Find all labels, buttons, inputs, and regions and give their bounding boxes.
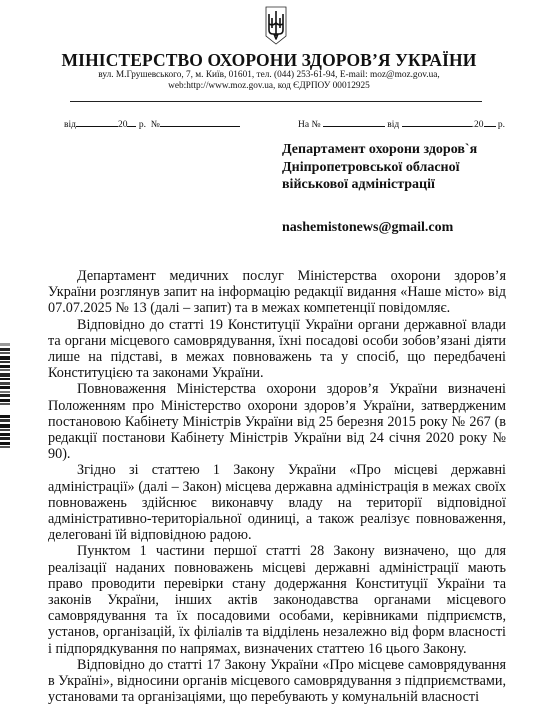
body-paragraph: Згідно зі статтею 1 Закону України «Про …	[48, 462, 506, 543]
trident-coat-of-arms-icon	[265, 6, 287, 46]
body-paragraph: Департамент медичних послуг Міністерства…	[48, 268, 506, 317]
reply-year-blank	[484, 117, 496, 127]
letter-body: Департамент медичних послуг Міністерства…	[48, 268, 506, 705]
header-divider	[70, 101, 482, 102]
ministry-web-code: web:http://www.moz.gov.ua, код ЄДРПОУ 00…	[0, 81, 538, 92]
incoming-reference: На № від .20 р.	[298, 117, 505, 130]
from-label: від	[387, 120, 399, 130]
recipient-line: військової адміністрації	[282, 176, 522, 194]
ministry-address: вул. М.Грушевського, 7, м. Київ, 01601, …	[0, 70, 538, 81]
number-blank	[160, 117, 240, 127]
year-prefix: .20	[472, 120, 484, 130]
barcode-icon	[0, 343, 10, 458]
body-paragraph: Повноваження Міністерства охорони здоров…	[48, 381, 506, 462]
number-label: №	[151, 120, 160, 130]
recipient-line: Департамент охорони здоров`я	[282, 141, 522, 159]
year-suffix: р.	[136, 120, 146, 130]
reply-number-blank	[323, 117, 385, 127]
date-blank	[76, 117, 118, 127]
recipient-line: Дніпропетровської обласної	[282, 159, 522, 177]
recipient-email: nashemistonews@gmail.com	[282, 220, 453, 236]
outgoing-reference: від20 р. №	[64, 117, 240, 130]
body-paragraph: Відповідно до статті 17 Закону України «…	[48, 657, 506, 706]
from-label: від	[64, 120, 76, 130]
year-suffix: р.	[496, 120, 506, 130]
body-paragraph: Відповідно до статті 19 Конституції Укра…	[48, 317, 506, 382]
recipient-block: Департамент охорони здоров`я Дніпропетро…	[282, 141, 522, 194]
reply-date-blank	[402, 117, 472, 127]
body-paragraph: Пунктом 1 частини першої статті 28 Закон…	[48, 543, 506, 656]
reply-label: На №	[298, 120, 321, 130]
ministry-title: МІНІСТЕРСТВО ОХОРОНИ ЗДОРОВ’Я УКРАЇНИ	[0, 50, 538, 71]
year-prefix: 20	[118, 120, 128, 130]
